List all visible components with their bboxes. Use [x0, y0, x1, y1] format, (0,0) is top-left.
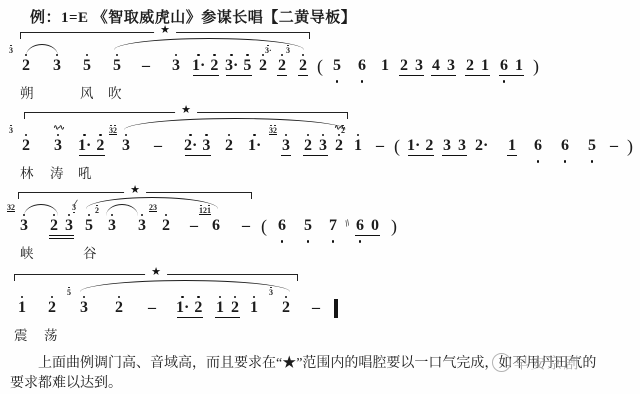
lyric-syllable: 谷 [83, 242, 97, 262]
beam-underline [281, 155, 291, 156]
octave-dot [23, 214, 26, 217]
octave-dot [175, 54, 178, 57]
note-char: 1· [192, 52, 205, 83]
octave-dot-below-slot [564, 154, 567, 163]
octave-dot-below-slot [361, 74, 364, 83]
note-char: 2 [20, 52, 32, 83]
octave-dot [51, 296, 54, 299]
note-char: 6 [276, 212, 288, 243]
note: 32 [20, 52, 32, 83]
note-digit: 6 [356, 218, 364, 234]
note: ( [314, 52, 326, 83]
note-char: – [374, 132, 386, 163]
octave-dot [281, 240, 284, 243]
note-digit: 7 [329, 218, 337, 234]
watermark-text: 早安京剧 [514, 352, 580, 373]
octave-dot [336, 80, 339, 83]
note-char: 3 [18, 212, 30, 243]
note-char: 4 [430, 52, 442, 83]
note-digit: 3 [54, 138, 62, 154]
note: 23 [106, 212, 118, 243]
octave-dot [57, 134, 60, 137]
note-char: ) [388, 212, 400, 243]
grace-note: 32 [269, 124, 277, 135]
lyric-syllable: 风 [80, 82, 94, 102]
note: ) [624, 132, 636, 163]
octave-dot [53, 214, 56, 217]
note-char: 1· [248, 132, 261, 163]
note-char: 2 [46, 294, 58, 325]
note-digit: 2 [96, 138, 104, 154]
octave-dot [83, 134, 86, 137]
note-digit: 2 [48, 300, 56, 316]
beam-underline [226, 75, 252, 76]
note-digit: 6 [212, 218, 220, 234]
note-digit: 3 [282, 138, 290, 154]
lyric-syllable: 震 [14, 324, 28, 344]
note-digit: 2 [304, 138, 312, 154]
note-digit: 5 [85, 218, 93, 234]
note-char: 5 [241, 52, 253, 83]
octave-dot [213, 54, 216, 57]
note: 1·2 [176, 294, 204, 325]
note-digit: 5 [83, 58, 91, 74]
note-char: 3 [106, 212, 118, 243]
music-line: ★32∿∿31·2323–2·321·32323∿∿221–(1·2332·16… [0, 110, 640, 190]
note-char: 2 [94, 132, 106, 163]
note-char: 0 [369, 212, 381, 243]
octave-dot [116, 54, 119, 57]
note-char: 6 [356, 52, 368, 83]
note: 5 [302, 212, 314, 243]
note-digit: 1 [381, 58, 389, 74]
note-char: – [188, 212, 200, 243]
note-char: 2 [398, 52, 410, 83]
note: ) [388, 212, 400, 243]
note-char: 6 [559, 132, 571, 163]
star-marker: ★ [175, 104, 197, 116]
star-marker: ★ [154, 24, 176, 36]
octave-dot [219, 296, 222, 299]
note-digit: ( [394, 138, 400, 154]
beam-underline [355, 235, 380, 236]
grace-digits: 3 [72, 204, 76, 211]
note: 1 [248, 294, 260, 325]
note: 6 [276, 212, 288, 243]
note-char: – [140, 52, 152, 83]
octave-dot [118, 296, 121, 299]
note-digit: 2 [115, 300, 123, 316]
note-char: 3 [78, 294, 90, 325]
note-digit: 2 [259, 58, 267, 74]
beam-underline [431, 75, 456, 76]
note-char: 3 [317, 132, 329, 163]
note-char: 5 [586, 132, 598, 163]
note-digit: ) [533, 58, 539, 74]
octave-dot [322, 134, 325, 137]
octave-dot [234, 296, 237, 299]
note: //7 [327, 212, 339, 243]
note: – [310, 294, 322, 325]
note-char: 2 [160, 212, 172, 243]
octave-dot [302, 54, 305, 57]
note: 32 [20, 132, 32, 163]
note-char: 5 [302, 212, 314, 243]
beam-underline [177, 317, 203, 318]
octave-dot [83, 296, 86, 299]
note: 2·3 [184, 132, 212, 163]
grace-note: 3 [286, 44, 290, 54]
note-digit: 5 [333, 58, 341, 74]
note-char: 1 [214, 294, 226, 325]
note: 1· [248, 132, 261, 163]
grace-note: 3· [265, 44, 272, 54]
note-char: 1· [78, 132, 91, 163]
octave-dot-below-slot [591, 154, 594, 163]
note: 1·2 [78, 132, 106, 163]
note-digit: – [190, 218, 198, 234]
note: 6 [356, 52, 368, 83]
note: 60 [354, 212, 381, 243]
octave-dot [285, 296, 288, 299]
note-char: ) [624, 132, 636, 163]
octave-dot [359, 240, 362, 243]
note: 53 [78, 294, 90, 325]
grace-digits: 5 [67, 289, 71, 296]
phrase-bracket: ★ [20, 32, 310, 39]
note-digit: 2 [194, 300, 202, 316]
music-line: ★32355–31·23·523·232(56123432161)朔风吹 [0, 30, 640, 110]
note: 3·2 [276, 52, 288, 83]
octave-dot [21, 296, 24, 299]
note-digit: 2 [22, 58, 30, 74]
note: 23 [302, 132, 329, 163]
note-digit: 2· [475, 138, 488, 154]
note: 1 [506, 132, 518, 163]
note-char: 1 [248, 294, 260, 325]
note-char: 2 [223, 132, 235, 163]
note-digit: ) [391, 218, 397, 234]
note-char: 3 [456, 132, 468, 163]
note-char: 3 [445, 52, 457, 83]
note-char: 2 [423, 132, 435, 163]
note-digit: 5 [588, 138, 596, 154]
note: 2 [223, 132, 235, 163]
note-digit: – [610, 138, 618, 154]
note-char: 2 [464, 52, 476, 83]
note-char: 3 [170, 52, 182, 83]
lyric-syllable: 峡 [20, 242, 34, 262]
note: 1216 [210, 212, 222, 243]
beam-underline [193, 75, 219, 76]
grace-digits: 3 [269, 289, 273, 296]
octave-dot-below-slot [537, 154, 540, 163]
note-digit: 2· [184, 138, 197, 154]
note: 323 [18, 212, 30, 243]
beam-underline [507, 155, 517, 156]
mordent-icon: ∿∿ [53, 123, 63, 132]
note-digit: 2 [50, 218, 58, 234]
note [334, 294, 338, 318]
grace-note: 2 [95, 204, 99, 214]
note: – [152, 132, 164, 163]
note: 1 [16, 294, 28, 325]
note: ) [530, 52, 542, 83]
octave-dot [99, 134, 102, 137]
note-digit: 3 [53, 58, 61, 74]
note-char: 2 [257, 52, 269, 83]
note-digit: 3 [65, 218, 73, 234]
note-char: 2 [297, 52, 309, 83]
note: 5 [81, 52, 93, 83]
note-digit: – [312, 300, 320, 316]
note-char: 5 [111, 52, 123, 83]
note-digit: 2 [278, 58, 286, 74]
lyric-syllable: 吹 [108, 82, 122, 102]
note: 2· [475, 132, 488, 163]
watermark: 早安京剧 [492, 352, 580, 373]
octave-dot [338, 134, 341, 137]
grace-digits: 32 [109, 127, 117, 135]
note: 1·2 [192, 52, 220, 83]
grace-note: 3 [9, 44, 13, 54]
note-char: 1 [479, 52, 491, 83]
octave-dot [197, 54, 200, 57]
note: – [608, 132, 620, 163]
note: 43 [430, 52, 457, 83]
octave-dot [537, 160, 540, 163]
octave-dot [205, 134, 208, 137]
final-barline [334, 299, 338, 318]
note: 32 [280, 294, 292, 325]
grace-note: 3 [72, 204, 76, 214]
beam-underline [465, 75, 490, 76]
note-digit: 2 [210, 58, 218, 74]
note: 21 [464, 52, 491, 83]
note: 23 [398, 52, 425, 83]
note-char: 3 [280, 132, 292, 163]
note-char: 6 [354, 212, 366, 243]
note-digit: 3 [415, 58, 423, 74]
star-marker: ★ [124, 184, 146, 196]
note-char: 2 [208, 52, 220, 83]
note-char: 5 [331, 52, 343, 83]
grace-digits: 32 [269, 127, 277, 135]
note-char: ) [530, 52, 542, 83]
note-char: ( [258, 212, 270, 243]
note-char: 1 [513, 52, 525, 83]
octave-dot [307, 240, 310, 243]
grace-digits: 3· [265, 47, 272, 54]
grace-note: 23 [149, 204, 157, 212]
octave-dot-below-slot [307, 234, 310, 243]
octave-dot [285, 134, 288, 137]
octave-dot [228, 134, 231, 137]
note-char: 2· [475, 132, 488, 163]
note-digit: ) [627, 138, 633, 154]
beam-underline [298, 75, 308, 76]
note-digit: 3 [202, 138, 210, 154]
note-digit: 1 [18, 300, 26, 316]
octave-dot [125, 134, 128, 137]
note: 3 [170, 52, 182, 83]
beam-underline [499, 75, 524, 76]
octave-dot [141, 214, 144, 217]
note-char: 3 [413, 52, 425, 83]
note-char: ( [391, 132, 403, 163]
grace-digits: 3 [9, 47, 13, 54]
note-char: 2 [276, 52, 288, 83]
note-digit: 1· [192, 58, 205, 74]
note-char: 6 [498, 52, 510, 83]
slur-arc [124, 118, 346, 130]
octave-dot [189, 134, 192, 137]
note-char: 2 [192, 294, 204, 325]
note-char: 2 [113, 294, 125, 325]
note-char: 2 [302, 132, 314, 163]
beam-underline [442, 155, 467, 156]
octave-dot [361, 80, 364, 83]
note-digit: 1· [176, 300, 189, 316]
note-digit: 5 [243, 58, 251, 74]
note: ∿∿2 [333, 132, 345, 163]
note-char: 7 [327, 212, 339, 243]
note-char: 3 [441, 132, 453, 163]
grace-octave-dot [73, 212, 75, 214]
note-char: 1 [352, 132, 364, 163]
note-char: 6 [210, 212, 222, 243]
slur-arc [80, 280, 290, 292]
grace-note: 121 [199, 204, 211, 215]
note: 232 [160, 212, 172, 243]
note-char: 1 [16, 294, 28, 325]
octave-dot [197, 296, 200, 299]
note-digit: 2 [282, 300, 290, 316]
note-digit: 5 [113, 58, 121, 74]
octave-dot [56, 54, 59, 57]
octave-dot [357, 134, 360, 137]
note-char: – [310, 294, 322, 325]
grace-note: 32 [7, 204, 15, 212]
note-digit: 1 [515, 58, 523, 74]
note-digit: 1 [250, 300, 258, 316]
beam-underline [399, 75, 424, 76]
note-digit: 3 [319, 138, 327, 154]
note-digit: 1 [508, 138, 516, 154]
octave-dot [564, 160, 567, 163]
note: ( [258, 212, 270, 243]
note-digit: 6 [358, 58, 366, 74]
footer-line-2: 要求都难以达到。 [10, 374, 634, 394]
octave-dot-below-slot [336, 74, 339, 83]
note-digit: 3 [447, 58, 455, 74]
note: 323 [120, 132, 132, 163]
note-digit: – [148, 300, 156, 316]
note-digit: 2 [299, 58, 307, 74]
note-digit: 3 [443, 138, 451, 154]
grace-digits: 121 [199, 207, 211, 215]
note: – [240, 212, 252, 243]
note: 32 [297, 52, 309, 83]
octave-dot [25, 134, 28, 137]
note-char: 6 [532, 132, 544, 163]
note: – [374, 132, 386, 163]
slur-arc [114, 38, 304, 50]
note-digit: 6 [500, 58, 508, 74]
octave-dot [253, 296, 256, 299]
note-char: – [152, 132, 164, 163]
note-digit: 1 [354, 138, 362, 154]
lyric-syllable: 荡 [44, 324, 58, 344]
note-digit: 3 [172, 58, 180, 74]
note-digit: 4 [432, 58, 440, 74]
note-digit: – [242, 218, 250, 234]
octave-dot [503, 80, 506, 83]
note-char: 1 [506, 132, 518, 163]
octave-dot [332, 240, 335, 243]
note-digit: 1 [481, 58, 489, 74]
note-digit: 2 [400, 58, 408, 74]
note-char: 2 [280, 294, 292, 325]
note-digit: 2 [22, 138, 30, 154]
note-char: – [146, 294, 158, 325]
note-digit: ( [261, 218, 267, 234]
note-digit: 2 [335, 138, 343, 154]
note-digit: 2 [231, 300, 239, 316]
note-digit: 1· [407, 138, 420, 154]
note-char: 3 [52, 132, 64, 163]
note-char: 2 [229, 294, 241, 325]
octave-dot [307, 134, 310, 137]
octave-dot [281, 54, 284, 57]
beam-underline [277, 75, 287, 76]
octave-dot-below-slot [332, 234, 335, 243]
note-char: ( [314, 52, 326, 83]
note-digit: 2 [425, 138, 433, 154]
note-digit: 3 [458, 138, 466, 154]
beam-underline [185, 155, 211, 156]
octave-dot-below-slot [281, 234, 284, 243]
octave-dot [246, 54, 249, 57]
notation-area: ★32355–31·23·523·232(56123432161)朔风吹★32∿… [0, 0, 640, 354]
beam-underline [49, 235, 74, 236]
grace-note: 2 [341, 124, 345, 134]
octave-dot [253, 134, 256, 137]
watermark-logo-icon [492, 353, 511, 372]
note: 12 [214, 294, 241, 325]
note: 2 [113, 294, 125, 325]
octave-dot [68, 214, 71, 217]
note-char: 5 [81, 52, 93, 83]
note-char: 3 [51, 52, 63, 83]
note-digit: – [142, 58, 150, 74]
grace-digits: 23 [149, 204, 157, 212]
note: 1·2 [407, 132, 435, 163]
grace-note: 3 [9, 124, 13, 134]
note-digit: – [376, 138, 384, 154]
note-char: 5 [83, 212, 95, 243]
note: 33 [441, 132, 468, 163]
beam-underline [215, 317, 240, 318]
note-digit: 6 [278, 218, 286, 234]
lyric-syllable: 吼 [78, 162, 92, 182]
note-digit: – [154, 138, 162, 154]
note-digit: ( [317, 58, 323, 74]
note-digit: 6 [561, 138, 569, 154]
note-digit: 0 [371, 218, 379, 234]
note-char: 3 [120, 132, 132, 163]
note-digit: 3 [122, 138, 130, 154]
